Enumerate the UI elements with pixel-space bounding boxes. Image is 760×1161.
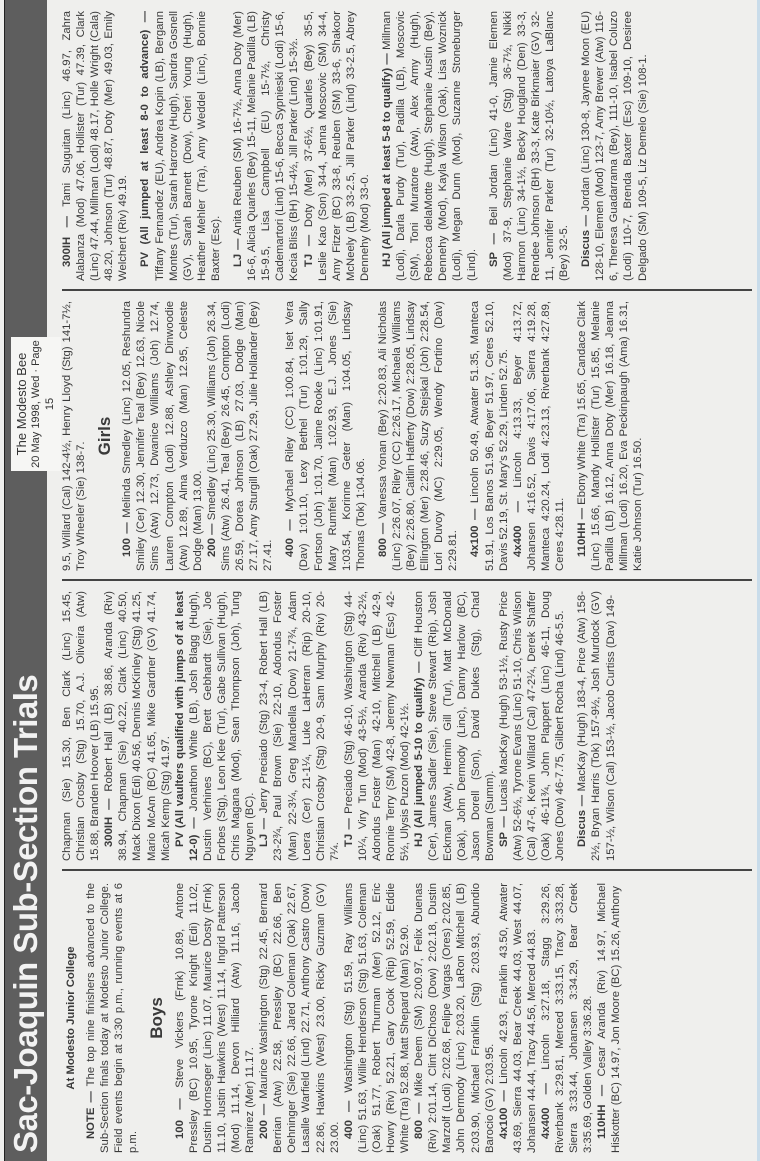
- continued-text: Chapman (Sie) 15.30, Ben Clark (Linc) 15…: [60, 591, 102, 861]
- result-entry: SP — Lucais MacKay (Hugh) 53-1½, Rusty P…: [497, 591, 567, 861]
- result-entry: LJ — Jerry Preciado (Stg) 23-4, Robert H…: [257, 591, 342, 861]
- result-entry: 200 — Smedley (Linc) 25.30, Williams (Jo…: [205, 301, 275, 571]
- column-divider: [62, 869, 752, 871]
- column-divider: [62, 289, 752, 291]
- result-entry: TJ — Preciado (Stg) 46-10, Washington (S…: [342, 591, 412, 861]
- note-paragraph: NOTE — The top nine finishers advanced t…: [84, 883, 140, 1153]
- result-entry: HJ (All jumped 5-10 to qualify) — Cliff …: [412, 591, 497, 861]
- result-entry: 400 — Mychael Riley (CC) 1:00.84, Iset V…: [283, 301, 368, 571]
- column-divider: [62, 579, 752, 581]
- result-entry: 300IH — Tami Suguitan (Linc) 46.97, Zahr…: [60, 11, 130, 281]
- continued-text: 9.5, Willard (Cal) 142-4½, Henry Lloyd (…: [60, 301, 88, 571]
- headline: Sac-Joaquin Sub-Section Trials: [7, 675, 45, 1153]
- result-entry: LJ — Anita Reuben (SM) 16-7½, Anna Doty …: [231, 11, 301, 281]
- section-heading-boys: Boys: [150, 883, 164, 1153]
- result-entry: 300IH — Robert Hall (LB) 38.86, Aranda (…: [102, 591, 172, 861]
- result-entry: Discus — MacKay (Hugh) 183-4, Price (Atw…: [575, 591, 617, 861]
- result-entry: HJ (All jumped at least 5-8 to qualify) …: [380, 11, 479, 281]
- result-entry: 800 — Mike Deem (SM) 2:00.97, Felix Duen…: [412, 883, 497, 1153]
- result-entry: 800 — Vanessa Yonan (Bey) 2:20.83, Ali N…: [376, 301, 461, 571]
- result-entry: 4x400 — Lincoln 4:13.33, Beyer 4:13.72, …: [511, 301, 567, 571]
- publication-name: The Modesto Bee: [14, 339, 30, 469]
- headline-bar: Sac-Joaquin Sub-Section Trials The Modes…: [4, 0, 47, 1161]
- result-entry: 200 — Maurice Washington (Stg) 22.45, Be…: [257, 883, 342, 1153]
- result-entry: 100 — Melinda Smedley (Linc) 12.05, Resh…: [120, 301, 205, 571]
- result-entry: 110HH — Ebony White (Tra) 15.65, Candace…: [575, 301, 645, 571]
- result-entry: 4x100 — Lincoln 42.93, Franklin 43.50, A…: [497, 883, 539, 1153]
- result-entry: Discus — Jordan (Linc) 130-8, Jaynee Moo…: [579, 11, 649, 281]
- column-2: Chapman (Sie) 15.30, Ben Clark (Linc) 15…: [60, 591, 752, 861]
- article-columns: At Modesto Junior College NOTE — The top…: [52, 0, 760, 1161]
- result-entry: 4x100 — Lincoln 50.49, Atwater 51.35, Ma…: [468, 301, 510, 571]
- result-entry: TJ — Doty (Mer) 37-6½, Quarles (Bey) 35-…: [302, 11, 372, 281]
- dateline: At Modesto Junior College: [64, 883, 78, 1153]
- column-4: 300IH — Tami Suguitan (Linc) 46.97, Zahr…: [60, 11, 752, 281]
- newspaper-clipping: Sac-Joaquin Sub-Section Trials The Modes…: [0, 0, 760, 1161]
- column-3: 9.5, Willard (Cal) 142-4½, Henry Lloyd (…: [60, 301, 752, 571]
- result-entry: PV (All vaulters qualified with jumps of…: [173, 591, 258, 861]
- result-entry: SP — Beil Jordan (Linc) 41-0, Jamie Elem…: [487, 11, 572, 281]
- result-entry: PV (All jumped at least 8-0 to advance) …: [138, 11, 223, 281]
- result-entry: 110HH — Cesar Aranda (Riv) 14.97, Michae…: [595, 883, 623, 1153]
- result-entry: 4x400 — Lincoln 3:27.18, Stagg 3:29.26, …: [539, 883, 595, 1153]
- column-1: At Modesto Junior College NOTE — The top…: [60, 883, 752, 1153]
- result-entry: 100 — Steve Vickers (Frnk) 10.89, Antone…: [173, 883, 258, 1153]
- section-heading-girls: Girls: [98, 301, 112, 571]
- result-entry: 400 — Washington (Stg) 51.59, Ray Willia…: [342, 883, 412, 1153]
